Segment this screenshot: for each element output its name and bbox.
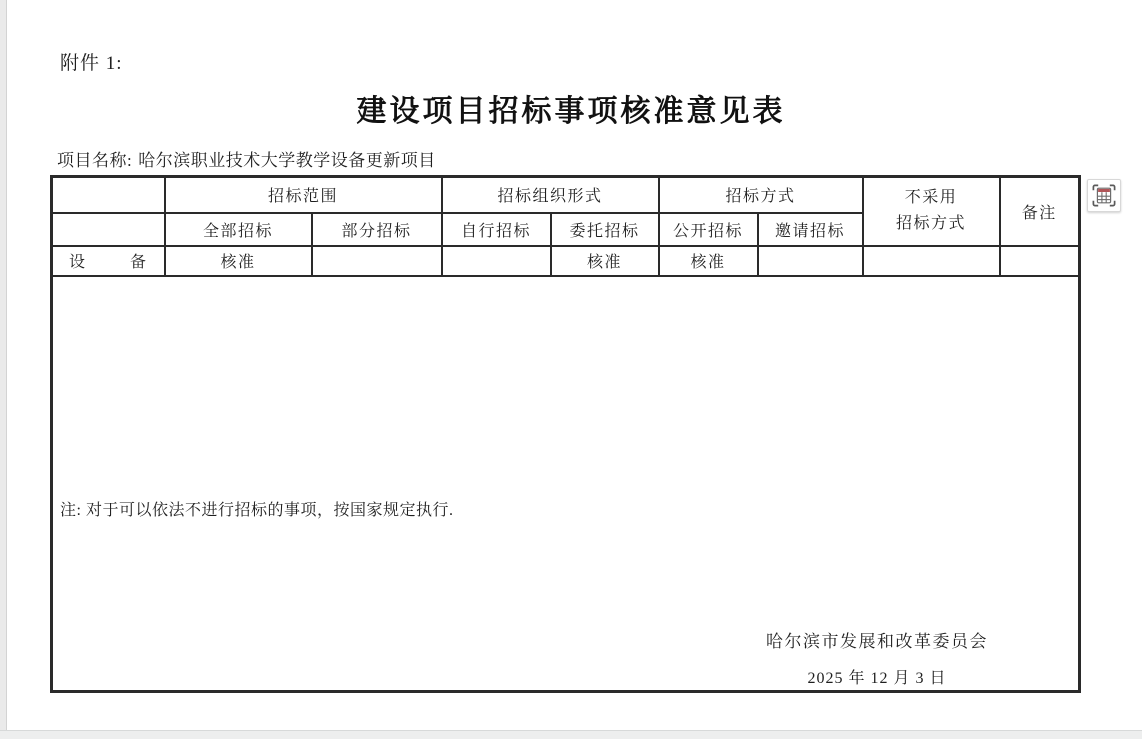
attachment-label: 附件 1: [60, 48, 123, 75]
cell-remark [1000, 246, 1080, 276]
page-title: 建设项目招标事项核准意见表 [0, 86, 1142, 130]
signature-date: 2025 年 12 月 3 日 [716, 665, 1038, 688]
row-label-header-cell [52, 213, 165, 246]
approval-table: 招标范围 招标组织形式 招标方式 不采用 招标方式 备注 全部招标 部分招标 自… [50, 175, 1081, 693]
cell-partial-bidding [312, 246, 442, 276]
cell-all-bidding: 核准 [165, 246, 312, 276]
page-bottom-edge [0, 730, 1142, 739]
header-remark: 备注 [1000, 177, 1080, 246]
header-no-bid-line1: 不采用 [864, 185, 999, 211]
corner-cell [52, 177, 165, 213]
project-name-label: 项目名称: [57, 151, 132, 170]
cell-entrusted-bidding: 核准 [551, 246, 659, 276]
cell-self-bidding [442, 246, 551, 276]
project-name-line: 项目名称:哈尔滨职业技术大学教学设备更新项目 [57, 146, 436, 171]
header-self-bidding: 自行招标 [442, 213, 551, 246]
header-no-bid-method: 不采用 招标方式 [863, 177, 1000, 246]
document-page: 附件 1: 建设项目招标事项核准意见表 项目名称:哈尔滨职业技术大学教学设备更新… [0, 0, 1142, 739]
group-header-bid-scope: 招标范围 [165, 177, 442, 213]
legal-note: 注: 对于可以依法不进行招标的事项，按国家规定执行. [60, 497, 453, 520]
header-no-bid-line2: 招标方式 [864, 211, 999, 237]
header-entrusted-bidding: 委托招标 [551, 213, 659, 246]
equipment-row: 设 备 核准 核准 核准 [52, 246, 1080, 276]
header-invited-bidding: 邀请招标 [758, 213, 863, 246]
header-open-bidding: 公开招标 [659, 213, 758, 246]
table-body-area: 注: 对于可以依法不进行招标的事项，按国家规定执行. 哈尔滨市发展和改革委员会 … [52, 276, 1080, 692]
row-label-equipment: 设 备 [52, 246, 165, 276]
signature-agency: 哈尔滨市发展和改革委员会 [716, 627, 1038, 652]
cell-invited-bidding [758, 246, 863, 276]
project-name-value: 哈尔滨职业技术大学教学设备更新项目 [138, 151, 436, 170]
group-header-bid-method: 招标方式 [659, 177, 863, 213]
header-partial-bidding: 部分招标 [312, 213, 442, 246]
header-all-bidding: 全部招标 [165, 213, 312, 246]
cell-open-bidding: 核准 [659, 246, 758, 276]
table-select-icon [1092, 184, 1116, 207]
table-select-button[interactable] [1087, 179, 1121, 212]
group-header-bid-organization: 招标组织形式 [442, 177, 659, 213]
cell-no-bid-method [863, 246, 1000, 276]
